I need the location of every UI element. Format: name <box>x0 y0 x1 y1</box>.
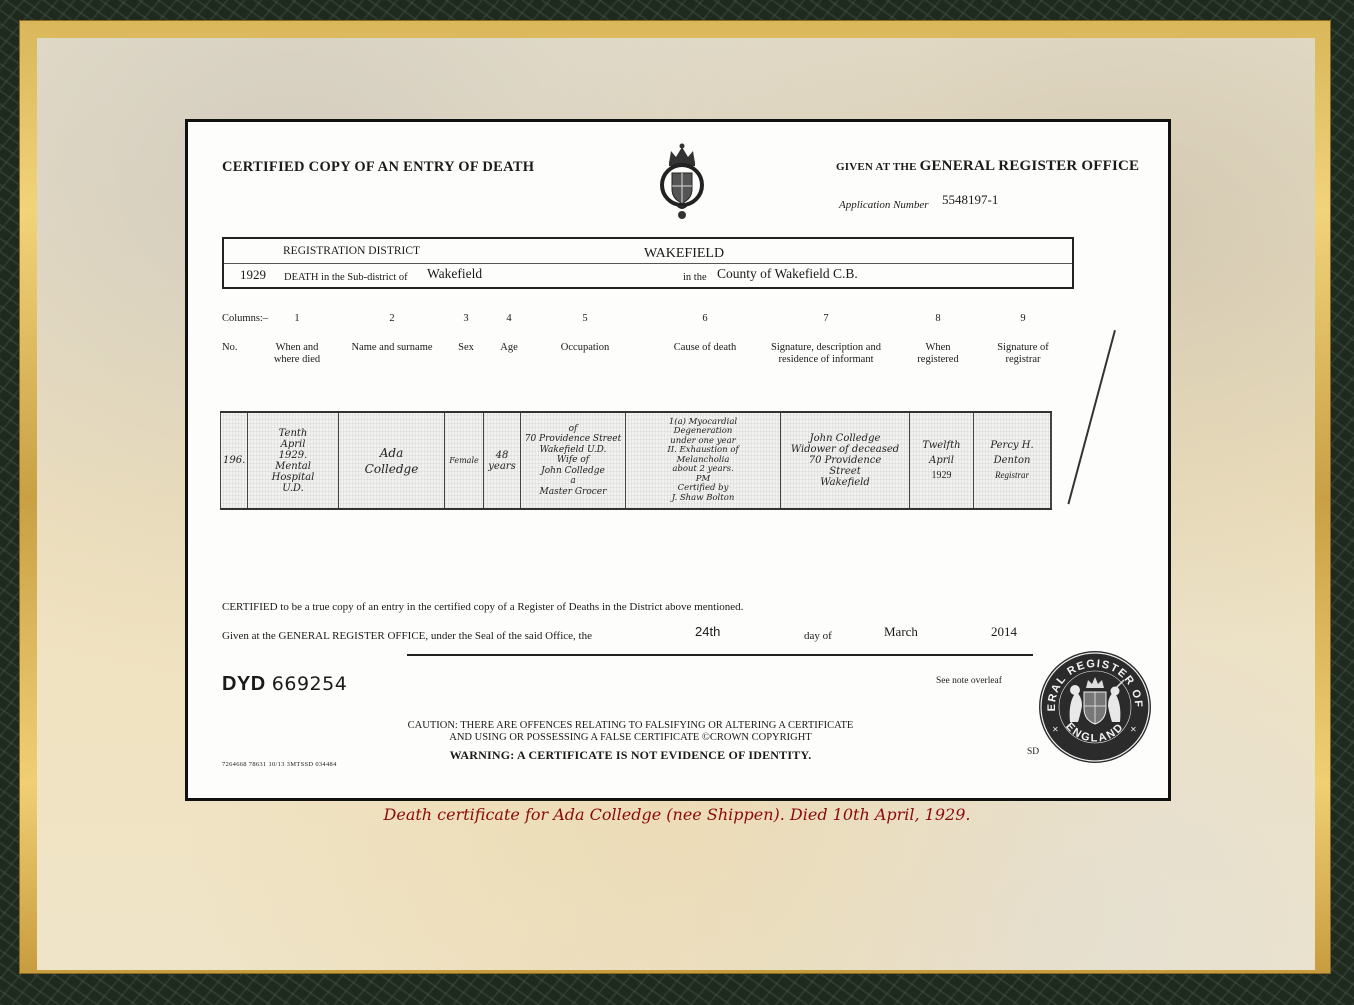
column-header-informant: Signature, description and residence of … <box>766 342 886 366</box>
issue-day: 24th <box>695 624 720 639</box>
certified-statement: CERTIFIED to be a true copy of an entry … <box>222 601 743 613</box>
column-number: 8 <box>933 313 943 324</box>
serial-number: 669254 <box>272 673 348 695</box>
column-number: 5 <box>580 313 590 324</box>
caution-line-2: AND USING OR POSSESSING A FALSE CERTIFIC… <box>378 732 883 744</box>
column-header-when-registered: When registered <box>910 342 966 366</box>
column-header-cause: Cause of death <box>666 342 744 354</box>
entry-age: 48 years <box>483 413 520 508</box>
handwriting: Widower of deceased <box>783 444 907 455</box>
handwriting: Wakefield <box>783 477 907 488</box>
caution-line-1: CAUTION: THERE ARE OFFENCES RELATING TO … <box>378 720 883 732</box>
issue-year: 2014 <box>991 624 1017 640</box>
handwriting: John Colledge <box>783 433 907 444</box>
application-number: 5548197-1 <box>942 192 998 208</box>
divider <box>224 263 1072 264</box>
in-the-label: in the <box>683 272 707 283</box>
column-number: 7 <box>821 313 831 324</box>
column-number: 3 <box>461 313 471 324</box>
handwriting: years <box>486 461 518 472</box>
issuer-prefix: GIVEN AT THE <box>836 161 917 173</box>
registration-district-label: REGISTRATION DISTRICT <box>283 245 420 257</box>
day-of-label: day of <box>804 630 832 642</box>
handwriting: 1929 <box>912 468 971 483</box>
issuer-heading: GIVEN AT THE GENERAL REGISTER OFFICE <box>836 158 1139 175</box>
issue-month: March <box>884 624 918 640</box>
column-number: 2 <box>387 313 397 324</box>
certificate-serial: DYD 669254 <box>222 673 347 696</box>
entry-occupation: of 70 Providence Street Wakefield U.D. W… <box>520 413 625 508</box>
certificate-title: CERTIFIED COPY OF AN ENTRY OF DEATH <box>222 159 534 176</box>
handwriting: Street <box>783 466 907 477</box>
svg-text:✕: ✕ <box>1130 725 1137 734</box>
handwriting: Wakefield U.D. <box>523 445 623 456</box>
gro-seal-icon: GENERAL REGISTER OFFICE ENGLAND ✕ ✕ <box>1038 650 1152 764</box>
entry-when-where: Tenth April 1929. Mental Hospital U.D. <box>247 413 338 508</box>
handwriting: of <box>523 424 623 435</box>
handwriting: Tenth <box>250 428 336 439</box>
entry-row: 196. Tenth April 1929. Mental Hospital U… <box>220 411 1052 510</box>
entry-no-value: 196. <box>223 455 245 466</box>
handwriting: Female <box>447 455 481 466</box>
column-header-registrar: Signature of registrar <box>988 342 1058 366</box>
registration-year: 1929 <box>240 267 266 283</box>
warning-text: WARNING: A CERTIFICATE IS NOT EVIDENCE O… <box>378 748 883 763</box>
column-number: 6 <box>700 313 710 324</box>
entry-no: 196. <box>220 413 247 508</box>
columns-label: Columns:– <box>222 313 268 324</box>
entry-registrar-signature: Percy H. Denton Registrar <box>973 413 1052 508</box>
handwriting: Hospital <box>250 472 336 483</box>
registrar-label: Registrar <box>976 468 1048 483</box>
column-header-age: Age <box>495 342 523 354</box>
subdistrict-label: DEATH in the Sub-district of <box>284 272 408 283</box>
handwriting: Denton <box>976 453 1048 468</box>
given-statement: Given at the GENERAL REGISTER OFFICE, un… <box>222 630 592 642</box>
handwriting: 1929. <box>250 450 336 461</box>
handwriting: 70 Providence <box>783 455 907 466</box>
column-header-occupation: Occupation <box>553 342 617 354</box>
royal-crest-icon <box>657 141 707 221</box>
issuer-name: GENERAL REGISTER OFFICE <box>920 158 1140 174</box>
handwriting: Wife of <box>523 455 623 466</box>
svg-text:✕: ✕ <box>1052 725 1059 734</box>
handwriting: 48 <box>486 450 518 461</box>
column-number: 9 <box>1018 313 1028 324</box>
entry-cause-of-death: 1(a) Myocardial Degeneration under one y… <box>625 413 780 508</box>
column-number: 1 <box>292 313 302 324</box>
entry-when-registered: Twelfth April 1929 <box>909 413 973 508</box>
handwriting: John Colledge <box>523 466 623 477</box>
county-value: County of Wakefield C.B. <box>717 266 858 282</box>
signature-rule <box>407 654 1033 656</box>
subdistrict-value: Wakefield <box>427 266 482 282</box>
handwriting: 70 Providence Street <box>523 434 623 445</box>
image-caption: Death certificate for Ada Colledge (nee … <box>0 805 1354 824</box>
print-code: 7264668 78631 10/13 3MTSSD 034484 <box>222 761 337 768</box>
handwriting: Twelfth <box>912 438 971 453</box>
see-note-overleaf: See note overleaf <box>936 676 1002 686</box>
handwriting: Percy H. <box>976 438 1048 453</box>
handwriting: April <box>250 439 336 450</box>
handwriting: Ada <box>341 445 442 461</box>
handwriting: Master Grocer <box>523 487 623 498</box>
entry-sex: Female <box>444 413 483 508</box>
entry-informant: John Colledge Widower of deceased 70 Pro… <box>780 413 909 508</box>
entry-name: Ada Colledge <box>338 413 444 508</box>
caution-text: CAUTION: THERE ARE OFFENCES RELATING TO … <box>378 720 883 744</box>
application-number-label: Application Number <box>839 199 929 211</box>
registration-district-value: WAKEFIELD <box>644 246 724 262</box>
handwriting: a <box>523 476 623 487</box>
column-number: 4 <box>504 313 514 324</box>
handwriting: Mental <box>250 461 336 472</box>
column-header-no: No. <box>222 342 237 354</box>
serial-prefix: DYD <box>222 673 266 695</box>
handwriting: J. Shaw Bolton <box>628 494 778 504</box>
column-header-sex: Sex <box>453 342 479 354</box>
handwriting: April <box>912 453 971 468</box>
death-certificate-image: CERTIFIED COPY OF AN ENTRY OF DEATH GIVE… <box>185 119 1171 801</box>
handwriting: Colledge <box>341 461 442 477</box>
diagonal-strike-line <box>1067 330 1116 504</box>
column-header-when-where: When and where died <box>267 342 327 366</box>
handwriting: U.D. <box>250 483 336 494</box>
column-header-name: Name and surname <box>346 342 438 354</box>
registration-box: REGISTRATION DISTRICT WAKEFIELD 1929 DEA… <box>222 237 1074 289</box>
